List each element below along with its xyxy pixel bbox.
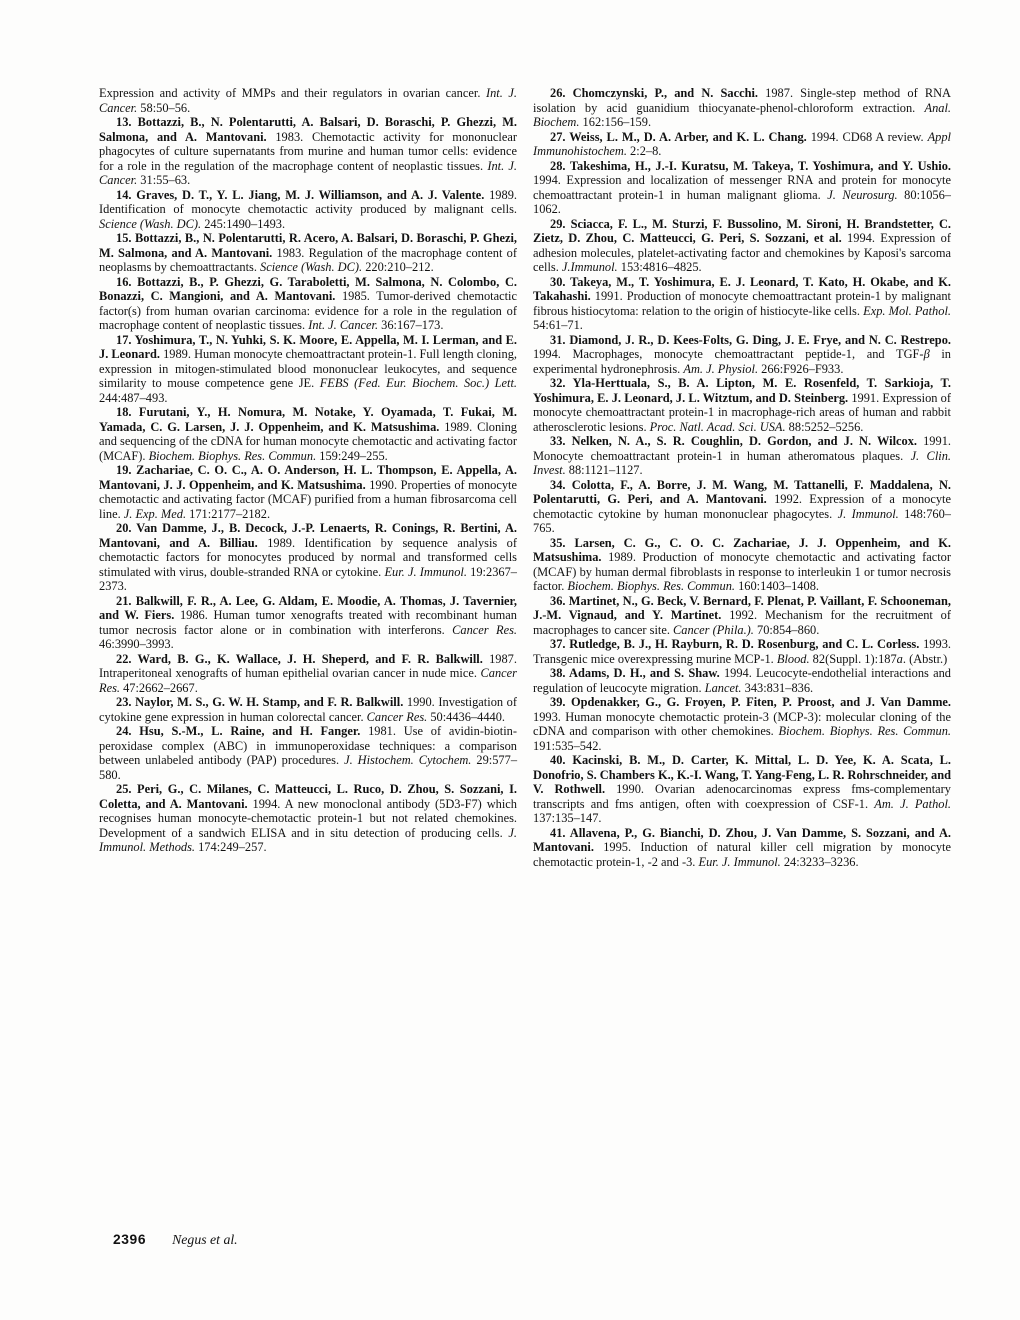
- reference-item: 32. Yla-Herttuala, S., B. A. Lipton, M. …: [533, 376, 951, 434]
- reference-segment: 137:135–147.: [533, 811, 602, 825]
- reference-segment: 47:2662–2667.: [120, 681, 198, 695]
- reference-segment: Biochem. Biophys. Res. Commun.: [779, 724, 951, 738]
- reference-segment: 37. Rutledge, B. J., H. Rayburn, R. D. R…: [550, 637, 919, 651]
- reference-segment: J. Exp. Med.: [124, 507, 186, 521]
- references-column-left: Expression and activity of MMPs and thei…: [99, 86, 517, 855]
- reference-item: 22. Ward, B. G., K. Wallace, J. H. Shepe…: [99, 652, 517, 696]
- reference-segment: 159:249–255.: [316, 449, 388, 463]
- reference-segment: 26. Chomczynski, P., and N. Sacchi.: [550, 86, 758, 100]
- reference-item: 24. Hsu, S.-M., L. Raine, and H. Fanger.…: [99, 724, 517, 782]
- reference-segment: 46:3990–3993.: [99, 637, 174, 651]
- reference-segment: 27. Weiss, L. M., D. A. Arber, and K. L.…: [550, 130, 807, 144]
- reference-segment: 31:55–63.: [137, 173, 190, 187]
- reference-segment: 343:831–836.: [742, 681, 814, 695]
- reference-item: 30. Takeya, M., T. Yoshimura, E. J. Leon…: [533, 275, 951, 333]
- reference-segment: Int. J. Cancer.: [308, 318, 378, 332]
- reference-item: 21. Balkwill, F. R., A. Lee, G. Aldam, E…: [99, 594, 517, 652]
- reference-item: 15. Bottazzi, B., N. Polentarutti, R. Ac…: [99, 231, 517, 275]
- reference-segment: 266:F926–F933.: [758, 362, 843, 376]
- reference-segment: 50:4436–4440.: [427, 710, 505, 724]
- reference-segment: 153:4816–4825.: [618, 260, 702, 274]
- reference-item: 28. Takeshima, H., J.-I. Kuratsu, M. Tak…: [533, 159, 951, 217]
- reference-segment: 1994. CD68 A review.: [807, 130, 928, 144]
- reference-segment: 245:1490–1493.: [201, 217, 285, 231]
- reference-item: 20. Van Damme, J., B. Decock, J.-P. Lena…: [99, 521, 517, 594]
- reference-item: 17. Yoshimura, T., N. Yuhki, S. K. Moore…: [99, 333, 517, 406]
- reference-item: 31. Diamond, J. R., D. Kees-Folts, G. Di…: [533, 333, 951, 377]
- reference-segment: Exp. Mol. Pathol.: [863, 304, 951, 318]
- reference-item: 41. Allavena, P., G. Bianchi, D. Zhou, J…: [533, 826, 951, 870]
- reference-item: 37. Rutledge, B. J., H. Rayburn, R. D. R…: [533, 637, 951, 666]
- reference-segment: 28. Takeshima, H., J.-I. Kuratsu, M. Tak…: [550, 159, 951, 173]
- reference-segment: 1994. Macrophages, monocyte chemoattract…: [533, 347, 924, 361]
- reference-segment: Lancet.: [705, 681, 742, 695]
- reference-segment: 174:249–257.: [195, 840, 267, 854]
- reference-segment: 244:487–493.: [99, 391, 168, 405]
- reference-item: 18. Furutani, Y., H. Nomura, M. Notake, …: [99, 405, 517, 463]
- reference-segment: 162:156–159.: [579, 115, 651, 129]
- reference-item: 16. Bottazzi, B., P. Ghezzi, G. Tarabole…: [99, 275, 517, 333]
- reference-segment: Eur. J. Immunol.: [384, 565, 467, 579]
- reference-segment: 24. Hsu, S.-M., L. Raine, and H. Fanger.: [116, 724, 360, 738]
- reference-segment: Proc. Natl. Acad. Sci. USA.: [650, 420, 786, 434]
- references-column-right: 26. Chomczynski, P., and N. Sacchi. 1987…: [533, 86, 951, 869]
- reference-item: 26. Chomczynski, P., and N. Sacchi. 1987…: [533, 86, 951, 130]
- reference-segment: Biochem. Biophys. Res. Commun.: [567, 579, 735, 593]
- reference-segment: 54:61–71.: [533, 318, 583, 332]
- reference-item: 23. Naylor, M. S., G. W. H. Stamp, and F…: [99, 695, 517, 724]
- reference-segment: Science (Wash. DC).: [260, 260, 362, 274]
- reference-item: 40. Kacinski, B. M., D. Carter, K. Mitta…: [533, 753, 951, 826]
- reference-continuation: Expression and activity of MMPs and thei…: [99, 86, 517, 115]
- reference-item: 38. Adams, D. H., and S. Shaw. 1994. Leu…: [533, 666, 951, 695]
- reference-segment: 82(Suppl. 1):187: [810, 652, 897, 666]
- reference-segment: Am. J. Physiol.: [683, 362, 758, 376]
- reference-segment: Expression and activity of MMPs and thei…: [99, 86, 486, 100]
- reference-item: 27. Weiss, L. M., D. A. Arber, and K. L.…: [533, 130, 951, 159]
- reference-segment: 88:5252–5256.: [786, 420, 864, 434]
- reference-segment: 38. Adams, D. H., and S. Shaw.: [550, 666, 720, 680]
- reference-segment: 160:1403–1408.: [735, 579, 819, 593]
- reference-segment: 31. Diamond, J. R., D. Kees-Folts, G. Di…: [550, 333, 951, 347]
- reference-item: 33. Nelken, N. A., S. R. Coughlin, D. Go…: [533, 434, 951, 478]
- reference-segment: Cancer (Phila.).: [673, 623, 754, 637]
- reference-item: 34. Colotta, F., A. Borre, J. M. Wang, M…: [533, 478, 951, 536]
- reference-segment: Cancer Res.: [452, 623, 517, 637]
- reference-segment: 24:3233–3236.: [781, 855, 859, 869]
- reference-segment: Blood.: [777, 652, 810, 666]
- reference-segment: Science (Wash. DC).: [99, 217, 201, 231]
- reference-item: 36. Martinet, N., G. Beck, V. Bernard, F…: [533, 594, 951, 638]
- reference-segment: 23. Naylor, M. S., G. W. H. Stamp, and F…: [116, 695, 403, 709]
- reference-segment: J. Neurosurg.: [827, 188, 897, 202]
- reference-item: 19. Zachariae, C. O. C., A. O. Anderson,…: [99, 463, 517, 521]
- reference-segment: Am. J. Pathol.: [874, 797, 951, 811]
- reference-segment: 88:1121–1127.: [566, 463, 643, 477]
- page-number: 2396: [113, 1232, 146, 1247]
- reference-item: 13. Bottazzi, B., N. Polentarutti, A. Ba…: [99, 115, 517, 188]
- reference-segment: J. Immunol.: [838, 507, 899, 521]
- reference-segment: 58:50–56.: [137, 101, 190, 115]
- reference-segment: 22. Ward, B. G., K. Wallace, J. H. Shepe…: [116, 652, 483, 666]
- running-authors: Negus et al.: [172, 1232, 238, 1247]
- reference-segment: 14. Graves, D. T., Y. L. Jiang, M. J. Wi…: [116, 188, 484, 202]
- reference-segment: 70:854–860.: [754, 623, 819, 637]
- reference-segment: 171:2177–2182.: [186, 507, 270, 521]
- reference-segment: Biochem. Biophys. Res. Commun.: [149, 449, 317, 463]
- reference-segment: 36:167–173.: [378, 318, 443, 332]
- page: Expression and activity of MMPs and thei…: [0, 0, 1020, 1320]
- reference-segment: J. Histochem. Cytochem.: [344, 753, 471, 767]
- reference-item: 39. Opdenakker, G., G. Froyen, P. Fiten,…: [533, 695, 951, 753]
- page-footer: 2396Negus et al.: [113, 1232, 238, 1248]
- reference-segment: FEBS (Fed. Eur. Biochem. Soc.) Lett.: [320, 376, 517, 390]
- reference-segment: 39. Opdenakker, G., G. Froyen, P. Fiten,…: [550, 695, 951, 709]
- reference-segment: Eur. J. Immunol.: [699, 855, 781, 869]
- reference-segment: Cancer Res.: [367, 710, 428, 724]
- reference-segment: . (Abstr.): [903, 652, 947, 666]
- reference-item: 25. Peri, G., C. Milanes, C. Matteucci, …: [99, 782, 517, 855]
- reference-segment: 220:210–212.: [362, 260, 434, 274]
- reference-segment: 2:2–8.: [627, 144, 661, 158]
- reference-item: 29. Sciacca, F. L., M. Sturzi, F. Bussol…: [533, 217, 951, 275]
- reference-item: 14. Graves, D. T., Y. L. Jiang, M. J. Wi…: [99, 188, 517, 232]
- reference-item: 35. Larsen, C. G., C. O. C. Zachariae, J…: [533, 536, 951, 594]
- reference-segment: 191:535–542.: [533, 739, 602, 753]
- reference-segment: J.Immunol.: [562, 260, 618, 274]
- reference-segment: 33. Nelken, N. A., S. R. Coughlin, D. Go…: [550, 434, 917, 448]
